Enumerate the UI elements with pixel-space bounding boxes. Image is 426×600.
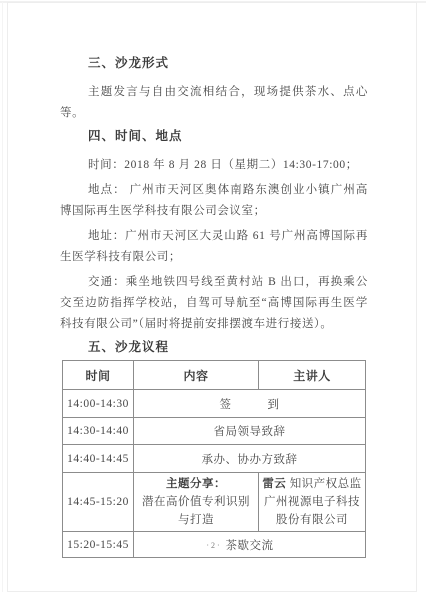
paragraph-time: 时间：2018 年 8 月 28 日（星期二）14:30-17:00； (60, 155, 368, 176)
agenda-content-signin: 签 到 (134, 390, 366, 418)
agenda-row-signin: 14:00-14:30 签 到 (63, 390, 366, 418)
speaker-organization: 广州视源电子科技股份有限公司 (262, 493, 362, 529)
agenda-header-content: 内容 (134, 361, 259, 390)
agenda-table: 时间 内容 主讲人 14:00-14:30 签 到 14:30-14:40 省局… (62, 360, 366, 558)
agenda-time-leader-speech: 14:30-14:40 (63, 418, 134, 445)
paragraph-address: 地址：广州市天河区大灵山路 61 号广州高博国际再生医学科技有限公司； (60, 226, 368, 268)
speaker-title: 知识产权总监 (290, 478, 362, 490)
paragraph-salon-format: 主题发言与自由交流相结合，现场提供茶水、点心等。 (60, 82, 368, 124)
section-heading-time-location: 四、时间、地点 (88, 128, 368, 144)
section-heading-salon-format: 三、沙龙形式 (88, 55, 368, 71)
section-heading-agenda: 五、沙龙议程 (88, 339, 368, 355)
agenda-speaker-keynote: 雷云 知识产权总监 广州视源电子科技股份有限公司 (259, 473, 366, 532)
agenda-time-keynote: 14:45-15:20 (63, 473, 134, 532)
keynote-topic: 潜在高价值专利识别与打造 (137, 493, 255, 529)
page-number: ·2· (60, 541, 368, 550)
agenda-row-keynote: 14:45-15:20 主题分享： 潜在高价值专利识别与打造 雷云 知识产权总监… (63, 473, 366, 532)
paragraph-transport: 交通：乘坐地铁四号线至黄村站 B 出口，再换乘公交至边防指挥学校站，自驾可导航至… (60, 272, 368, 335)
agenda-content-organizer-speech: 承办、协办方致辞 (134, 445, 366, 473)
agenda-time-organizer-speech: 14:40-14:45 (63, 445, 134, 473)
agenda-content-leader-speech: 省局领导致辞 (134, 418, 366, 445)
paragraph-venue: 地点： 广州市天河区奥体南路东澳创业小镇广州高博国际再生医学科技有限公司会议室； (60, 180, 368, 222)
scan-top-strip (0, 1, 426, 3)
keynote-title-label: 主题分享： (137, 475, 255, 493)
agenda-row-organizer-speech: 14:40-14:45 承办、协办方致辞 (63, 445, 366, 473)
scan-left-line (2, 2, 3, 592)
agenda-header-time: 时间 (63, 361, 134, 390)
agenda-header-speaker: 主讲人 (259, 361, 366, 390)
agenda-content-keynote: 主题分享： 潜在高价值专利识别与打造 (134, 473, 259, 532)
document-page-content: 三、沙龙形式 主题发言与自由交流相结合，现场提供茶水、点心等。 四、时间、地点 … (60, 55, 368, 558)
agenda-row-leader-speech: 14:30-14:40 省局领导致辞 (63, 418, 366, 445)
speaker-name: 雷云 (262, 478, 286, 490)
agenda-time-signin: 14:00-14:30 (63, 390, 134, 418)
agenda-header-row: 时间 内容 主讲人 (63, 361, 366, 390)
